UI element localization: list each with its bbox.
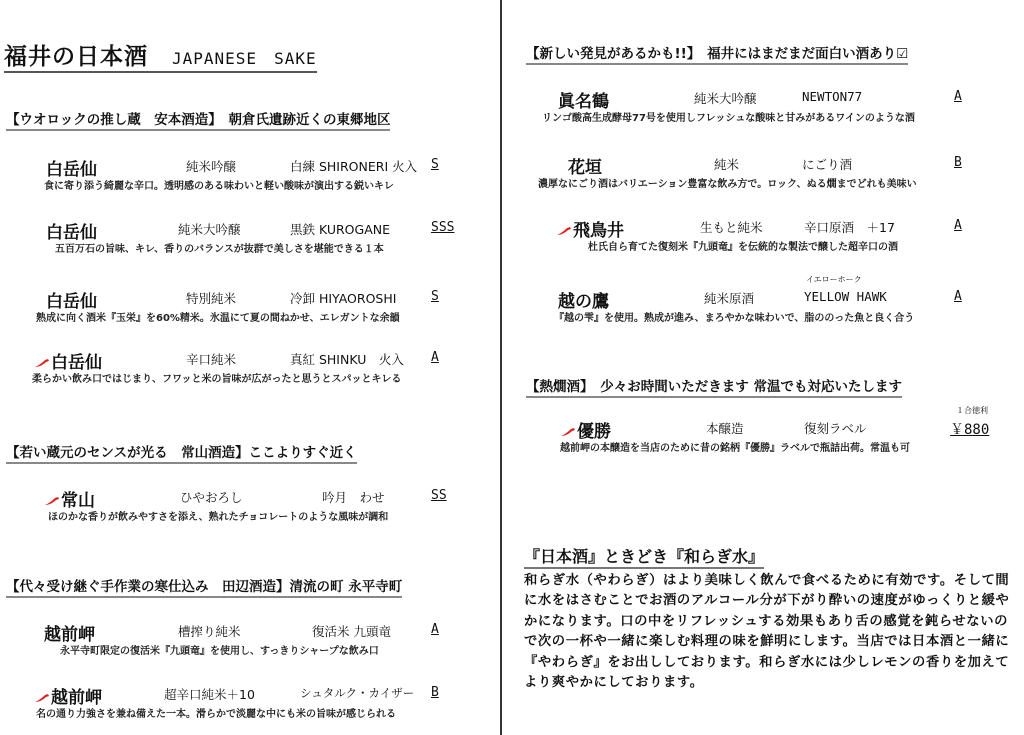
sake-grade: A — [954, 89, 962, 104]
sake-type: 純米大吟醸 — [178, 220, 241, 238]
sake-item: 白岳仙 特別純米 冷卸 HIYAOROSHI S 熟成に向く酒米『玉栄』を60%… — [0, 287, 498, 327]
sake-item: 越前岬 槽搾り純米 復活米 九頭竜 A 永平寺町限定の復活米『九頭竜』を使用し、… — [0, 620, 498, 660]
sake-type: ひやおろし — [180, 488, 243, 506]
section-heading-discovery: 【新しい発見があるかも!!】 福井にはまだまだ面白い酒あり☑ — [526, 42, 908, 65]
sake-grade: A — [431, 622, 439, 637]
sake-label: 辛口原酒 ＋17 — [804, 218, 895, 236]
sake-description: ほのかな香りが飲みやすさを添え、熟れたチョコレートのような風味が調和 — [48, 508, 388, 523]
sake-description: 越前岬の本醸造を当店のために昔の銘柄『優勝』ラベルで瓶詰出荷。常温も可 — [560, 439, 910, 454]
sake-description: 五百万石の旨味、キレ、香りのバランスが抜群で美しさを堪能できる１本 — [55, 240, 384, 255]
sake-type: 本醸造 — [706, 419, 744, 437]
sake-description: 熟成に向く酒米『玉栄』を60%精米。氷温にて夏の間ねかせ、エレガントな余韻 — [36, 309, 400, 324]
sake-label-ruby: イエローホーク — [806, 274, 862, 285]
sake-type: 純米大吟醸 — [694, 89, 757, 107]
yawaragi-title: 『日本酒』ときどき『和らぎ水』 — [524, 544, 764, 569]
yawaragi-body: 和らぎ水（やわらぎ）はより美味しく飲んで食べるために有効です。そして間に水をはさ… — [524, 571, 1016, 693]
sake-label: シュタルク・カイザー — [300, 685, 414, 701]
sake-label: YELLOW HAWK — [804, 289, 887, 304]
sake-description: 濃厚なにごり酒はバリエーション豊富な飲み方で。ロック、ぬる燗までどれも美味い — [538, 175, 917, 190]
chili-pepper-icon — [44, 496, 60, 506]
sake-grade: A — [954, 218, 962, 233]
sake-price: ￥880 — [950, 419, 989, 439]
sake-item: 白岳仙 純米大吟醸 黒鉄 KUROGANE SSS 五百万石の旨味、キレ、香りの… — [0, 218, 498, 258]
sake-type: 純米 — [714, 155, 739, 173]
sake-label: NEWTON77 — [802, 89, 862, 104]
title-en: JAPANESE SAKE — [172, 49, 317, 68]
sake-item: 越の鷹 純米原酒 イエローホーク YELLOW HAWK A 『越の雫』を使用。… — [504, 287, 1024, 327]
sake-grade: S — [431, 157, 439, 172]
sake-type: 特別純米 — [186, 289, 236, 307]
chili-pepper-icon — [34, 693, 50, 703]
sake-grade: A — [431, 350, 439, 365]
sake-item: 眞名鶴 純米大吟醸 NEWTON77 A リンゴ酸高生成酵母77号を使用しフレッ… — [504, 87, 1024, 127]
sake-description: 『越の雫』を使用。熟成が進み、まろやかな味わいで、脂ののった魚と良く合う — [554, 309, 914, 324]
section-heading-tsuneyama: 【若い蔵元のセンスが光る 常山酒造】ここよりすぐ近く — [6, 441, 357, 464]
price-unit: １合徳利 — [956, 405, 988, 416]
sake-description: 柔らかい飲み口ではじまり、フワッと米の旨味が広がったと思うとスパッとキレる — [32, 370, 401, 385]
sake-item: 優勝 本醸造 復刻ラベル １合徳利 ￥880 越前岬の本醸造を当店のために昔の銘… — [504, 417, 1024, 457]
sake-label: にごり酒 — [802, 155, 852, 173]
sake-item: 白岳仙 純米吟醸 白練 SHIRONERI 火入 S 食に寄り添う綺麗な辛口。透… — [0, 155, 498, 195]
sake-label: 真紅 SHINKU 火入 — [290, 350, 404, 368]
sake-type: 純米原酒 — [704, 289, 754, 307]
sake-description: 名の通り力強さを兼ね備えた一本。滑らかで淡麗な中にも米の旨味が感じられる — [36, 705, 396, 720]
sake-item: 花垣 純米 にごり酒 B 濃厚なにごり酒はバリエーション豊富な飲み方で。ロック、… — [504, 153, 1024, 193]
sake-grade: B — [954, 155, 962, 170]
sake-description: 食に寄り添う綺麗な辛口。透明感のある味わいと軽い酸味が演出する鋭いキレ — [44, 177, 394, 192]
sake-item: 常山 ひやおろし 吟月 わせ SS ほのかな香りが飲みやすさを添え、熟れたチョコ… — [0, 486, 498, 526]
sake-item: 飛鳥井 生もと純米 辛口原酒 ＋17 A 杜氏自ら育てた復刻米『九頭竜』を伝統的… — [504, 216, 1024, 256]
section-heading-tanabe: 【代々受け継ぐ手作業の寒仕込み 田辺酒造】清流の町 永平寺町 — [6, 575, 402, 598]
sake-label: 復活米 九頭竜 — [312, 622, 391, 640]
title-ja: 福井の日本酒 — [4, 44, 148, 70]
sake-type: 槽搾り純米 — [178, 622, 241, 640]
sake-type: 超辛口純米＋10 — [164, 685, 255, 703]
sake-description: リンゴ酸高生成酵母77号を使用しフレッシュな酸味と甘みがあるワインのような酒 — [542, 109, 915, 124]
section-heading-yasumoto: 【ウオロックの推し蔵 安本酒造】 朝倉氏遺跡近くの東郷地区 — [6, 108, 390, 131]
sake-type: 純米吟醸 — [186, 157, 236, 175]
sake-grade: SSS — [431, 220, 454, 235]
sake-description: 永平寺町限定の復活米『九頭竜』を使用し、すっきりシャープな飲み口 — [60, 642, 379, 657]
sake-item: 越前岬 超辛口純米＋10 シュタルク・カイザー B 名の通り力強さを兼ね備えた一… — [0, 683, 498, 723]
sake-label: 復刻ラベル — [804, 419, 867, 437]
page-title: 福井の日本酒JAPANESE SAKE — [4, 38, 317, 73]
sake-label: 冷卸 HIYAOROSHI — [290, 289, 396, 307]
sake-label: 黒鉄 KUROGANE — [290, 220, 390, 238]
chili-pepper-icon — [34, 358, 50, 368]
sake-type: 辛口純米 — [186, 350, 236, 368]
sake-grade: SS — [431, 488, 447, 503]
sake-grade: A — [954, 289, 962, 304]
sake-label: 吟月 わせ — [322, 488, 385, 506]
sake-description: 杜氏自ら育てた復刻米『九頭竜』を伝統的な製法で醸した超辛口の酒 — [588, 238, 898, 253]
chili-pepper-icon — [560, 427, 576, 437]
column-divider — [500, 0, 502, 735]
sake-type: 生もと純米 — [700, 218, 763, 236]
chili-pepper-icon — [556, 226, 572, 236]
section-heading-atsukan: 【熱燗酒】 少々お時間いただきます 常温でも対応いたします — [526, 375, 902, 398]
sake-grade: B — [431, 685, 439, 700]
sake-grade: S — [431, 289, 439, 304]
sake-item: 白岳仙 辛口純米 真紅 SHINKU 火入 A 柔らかい飲み口ではじまり、フワッ… — [0, 348, 498, 388]
sake-label: 白練 SHIRONERI 火入 — [290, 157, 417, 175]
